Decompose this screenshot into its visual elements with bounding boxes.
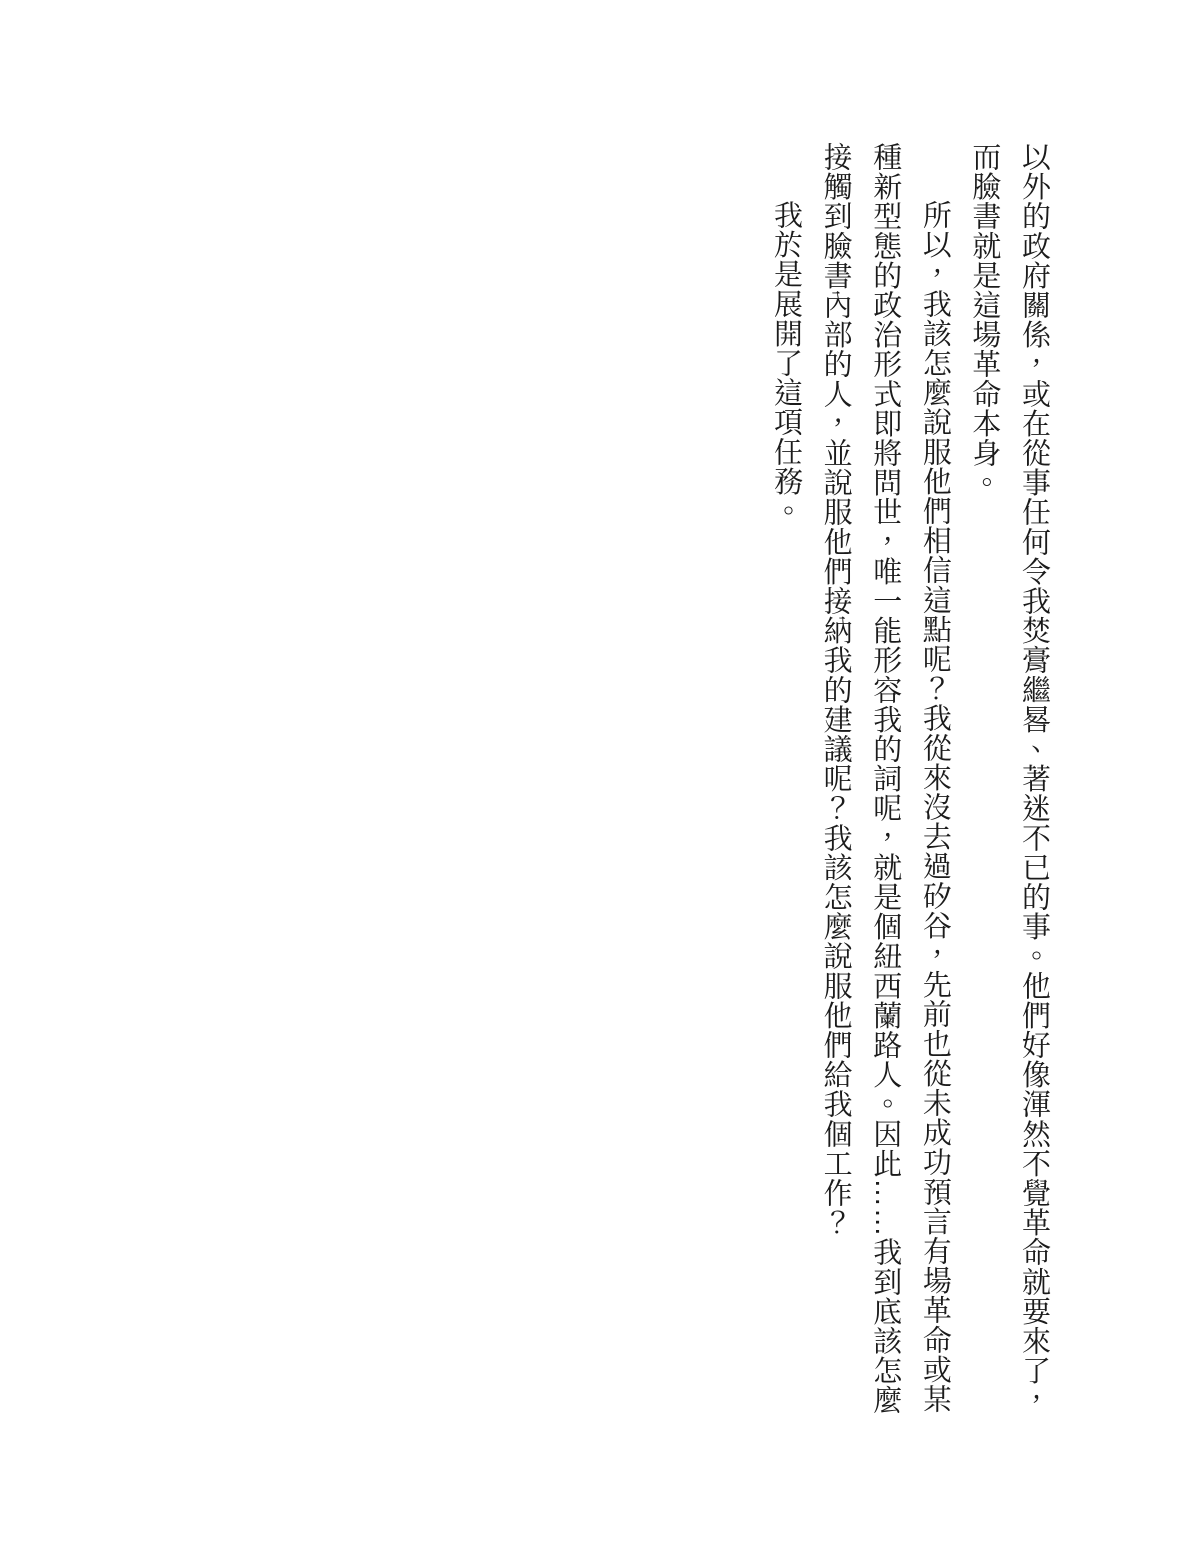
paragraph: 以外的政府關係，或在從事任何令我焚膏繼晷、著迷不已的事。他們好像渾然不覺革命就要… [959, 142, 1058, 1422]
vertical-text-block: 以外的政府關係，或在從事任何令我焚膏繼晷、著迷不已的事。他們好像渾然不覺革命就要… [760, 142, 1058, 1422]
paragraph: 我於是展開了這項任務。 [760, 142, 810, 1422]
paragraph: 所以，我該怎麼說服他們相信這點呢？我從來沒去過矽谷，先前也從未成功預言有場革命或… [810, 142, 959, 1422]
book-page: 以外的政府關係，或在從事任何令我焚膏繼晷、著迷不已的事。他們好像渾然不覺革命就要… [0, 0, 1200, 1554]
